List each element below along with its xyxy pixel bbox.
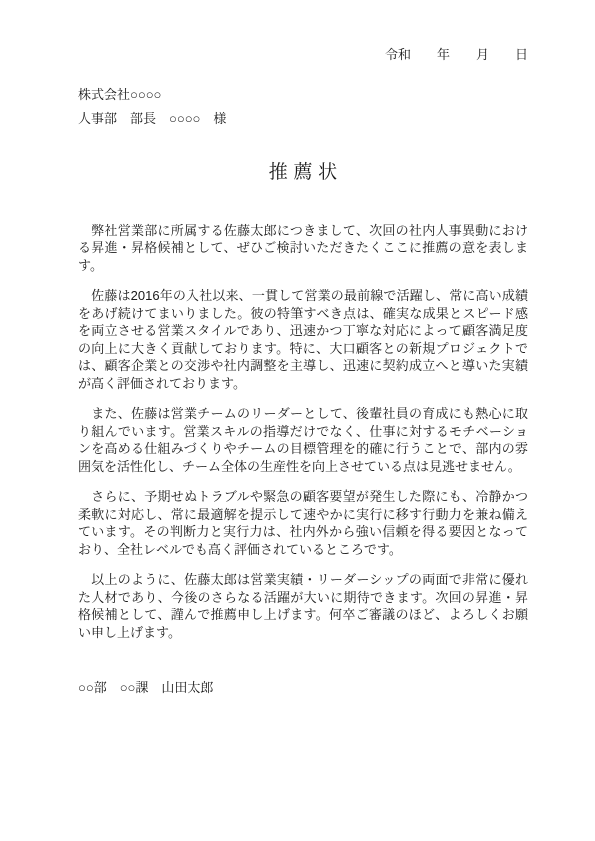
paragraph-track-record: 佐藤は2016年の入社以来、一貫して営業の最前線で活躍し、常に高い成績をあげ続け… (78, 287, 528, 392)
paragraph-closing: 以上のように、佐藤太郎は営業実績・リーダーシップの両面で非常に優れた人材であり、… (78, 571, 528, 641)
recommendation-letter-page: 令和 年 月 日 株式会社○○○○ 人事部 部長 ○○○○ 様 推薦状 弊社営業… (0, 0, 595, 841)
recipient-company: 株式会社○○○○ (78, 86, 528, 104)
paragraph-judgement: さらに、予期せぬトラブルや緊急の顧客要望が発生した際にも、冷静かつ柔軟に対応し、… (78, 488, 528, 558)
signature-line: ○○部 ○○課 山田太郎 (78, 679, 528, 697)
letter-body: 弊社営業部に所属する佐藤太郎につきまして、次回の社内人事異動における昇進・昇格候… (78, 222, 528, 642)
paragraph-leadership: また、佐藤は営業チームのリーダーとして、後輩社員の育成にも熱心に取り組んでいます… (78, 405, 528, 475)
paragraph-intro: 弊社営業部に所属する佐藤太郎につきまして、次回の社内人事異動における昇進・昇格候… (78, 222, 528, 275)
document-title: 推薦状 (78, 160, 528, 186)
date-line: 令和 年 月 日 (78, 46, 528, 64)
recipient-addressee: 人事部 部長 ○○○○ 様 (78, 110, 528, 128)
